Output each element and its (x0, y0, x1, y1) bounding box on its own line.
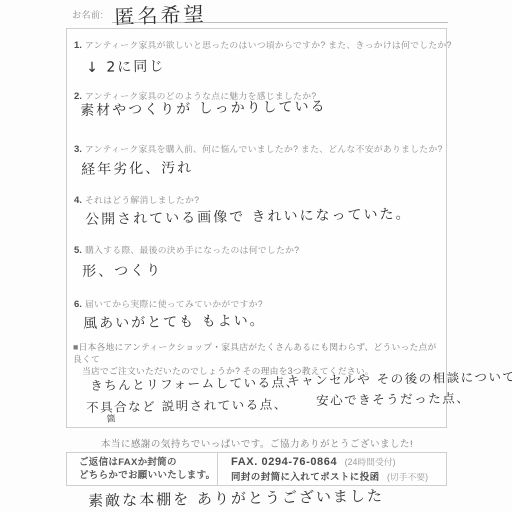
gratitude-line: 本当に感謝の気持ちでいっぱいです。ご協力ありがとうございました! (66, 436, 448, 450)
name-value-handwriting: 匿名希望 (114, 0, 207, 30)
reply-instruction-box: ご返信はFAXか封筒の どちらかでお願いいたします。 FAX. 0294-76-… (66, 452, 447, 486)
question-5: 5.購入する際、最後の決め手になったのは何でしたか? (74, 240, 299, 258)
note-answer-left-correction-handwriting: 箇 (106, 411, 116, 425)
question-6-number: 6. (74, 299, 82, 310)
answer-3-handwriting: 経年劣化、汚れ (81, 157, 193, 179)
question-5-text: 購入する際、最後の決め手になったのは何でしたか? (85, 245, 299, 255)
reply-method-line2: どちらかでお願いいたします。 (79, 470, 215, 481)
note-answer-left-2-handwriting: 不具合など 説明されている点、 (86, 394, 288, 416)
survey-form-scan: お名前: 匿名希望 1.アンティーク家具が欲しいと思ったのはいつ頃からですか? … (0, 0, 512, 512)
answer-1-handwriting: ↓ 2に同じ (86, 56, 165, 77)
no-stamp-note: (切手不要) (387, 472, 428, 482)
closing-message-handwriting: 素敵な本棚を ありがとうございました (88, 485, 384, 511)
fax-hours-note: (24時間受付) (345, 457, 396, 467)
question-1: 1.アンティーク家具が欲しいと思ったのはいつ頃からですか? また、きっかけは何で… (74, 35, 452, 53)
question-3-text: アンティーク家具を購入前、何に悩んでいましたか? また、どんな不安がありましたか… (85, 144, 443, 154)
answer-5-handwriting: 形、つくり (82, 260, 162, 281)
answer-6-handwriting: 風あいがとても もよい。 (83, 310, 266, 333)
fax-number: FAX. 0294-76-0864 (231, 456, 337, 468)
question-4-text: それはどう解消しましたか? (85, 195, 199, 205)
question-6: 6.届いてから実際に使ってみていかがですか? (74, 294, 263, 312)
note-answer-left-1-handwriting: きちんとリフォームしている点、 (90, 372, 300, 394)
name-label: お名前: (72, 8, 104, 21)
question-1-text: アンティーク家具が欲しいと思ったのはいつ頃からですか? また、きっかけは何でした… (85, 40, 452, 50)
mail-instruction: 同封の封筒に入れてポストに投函 (231, 472, 380, 483)
note-answer-right-2-handwriting: 安心できそうだった点、 (316, 388, 470, 409)
contact-details: FAX. 0294-76-0864 (24時間受付) 同封の封筒に入れてポストに… (218, 454, 446, 484)
reply-method-text: ご返信はFAXか封筒の どちらかでお願いいたします。 (67, 456, 217, 482)
question-5-number: 5. (74, 245, 82, 256)
question-4: 4.それはどう解消しましたか? (74, 190, 199, 208)
question-3: 3.アンティーク家具を購入前、何に悩んでいましたか? また、どんな不安がありまし… (74, 139, 443, 157)
question-4-number: 4. (74, 195, 82, 206)
question-3-number: 3. (74, 144, 82, 155)
reply-method-line1: ご返信はFAXか封筒の (79, 457, 177, 468)
question-6-text: 届いてから実際に使ってみていかがですか? (85, 299, 263, 309)
note-answer-right-1-handwriting: キャンセルや その後の相談について (287, 367, 512, 389)
note-line1: 日本各地にアンティークショップ・家具店がたくさんあるにも関わらず、どういった点が… (73, 342, 436, 364)
question-1-number: 1. (74, 40, 82, 51)
